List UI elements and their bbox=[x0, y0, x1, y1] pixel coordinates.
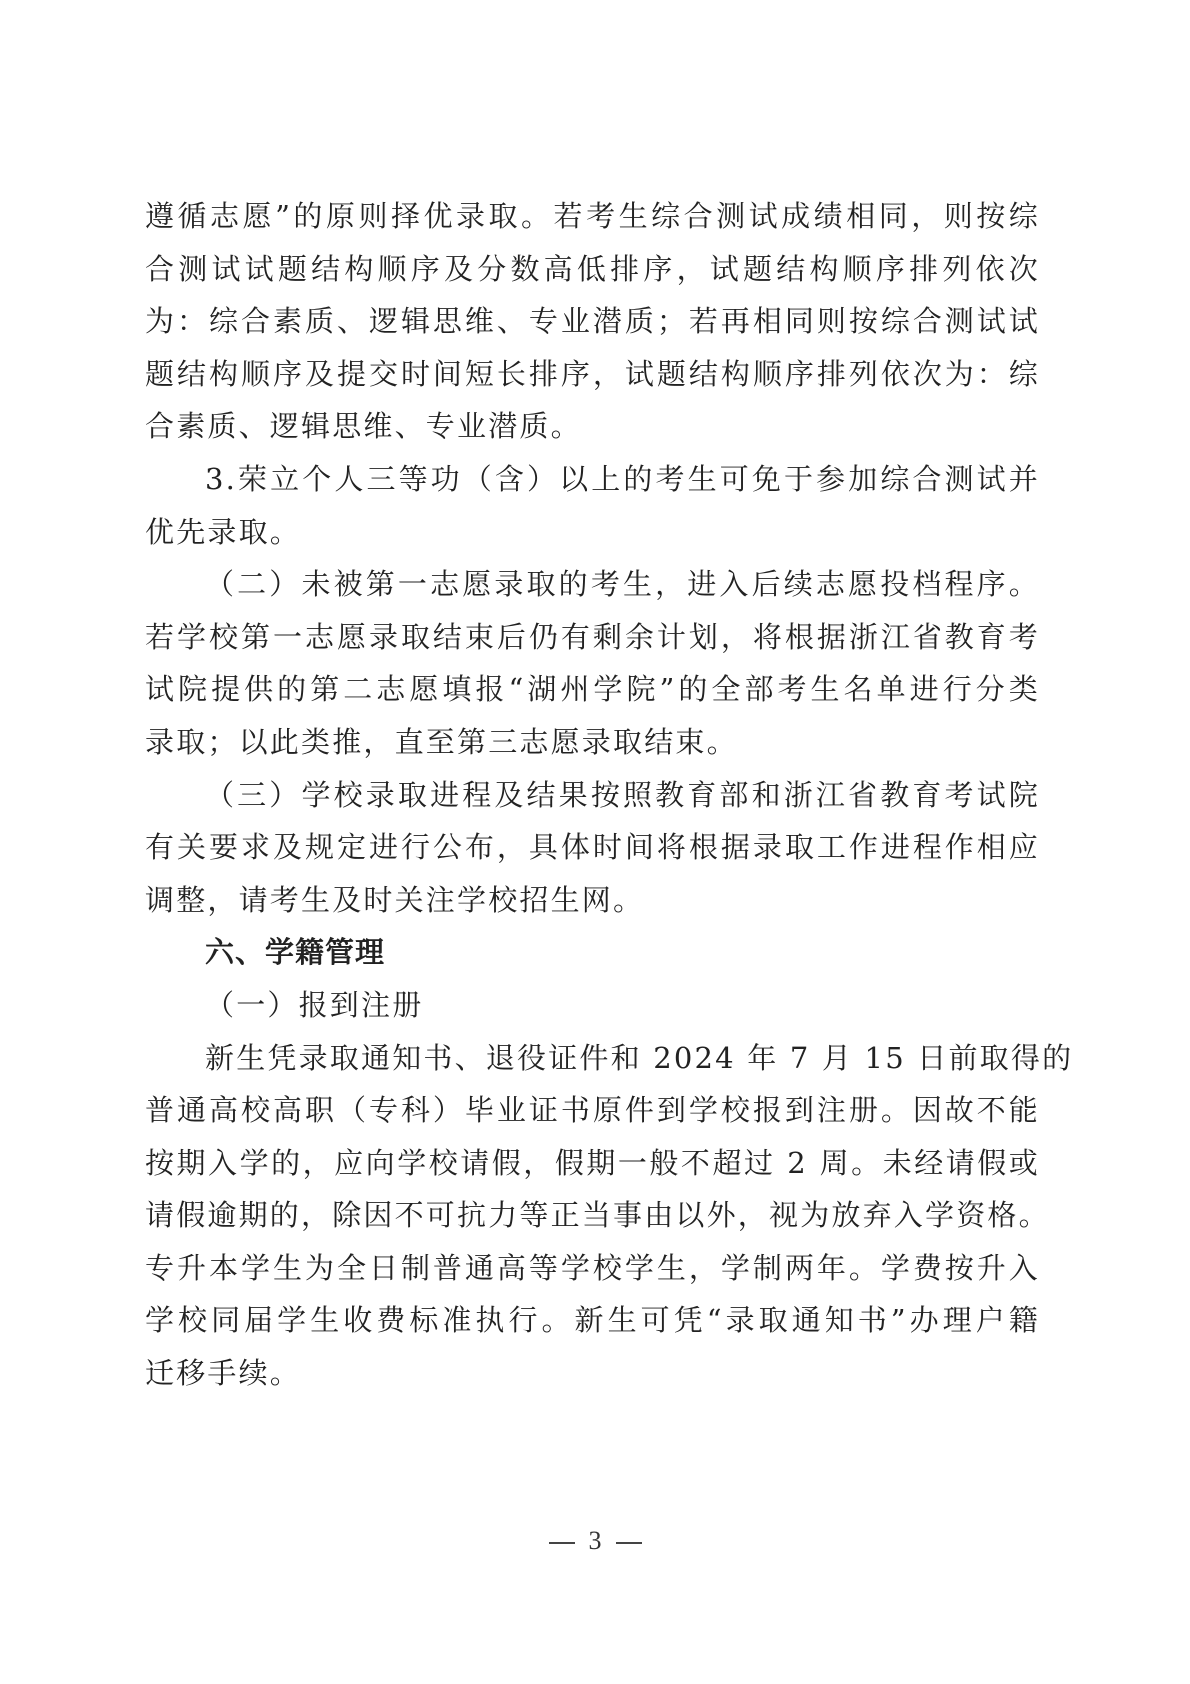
text-line: 若学校第一志愿录取结束后仍有剩余计划，将根据浙江省教育考 bbox=[145, 611, 1040, 664]
subsection-heading: （一）报到注册 bbox=[145, 979, 1040, 1032]
text-line: 学校同届学生收费标准执行。新生可凭“录取通知书”办理户籍 bbox=[145, 1294, 1040, 1347]
section-heading: 六、学籍管理 bbox=[145, 926, 1040, 979]
admission-rules-section: 遵循志愿”的原则择优录取。若考生综合测试成绩相同，则按综合测试试题结构顺序及分数… bbox=[145, 190, 1040, 926]
text-line: 普通高校高职（专科）毕业证书原件到学校报到注册。因故不能 bbox=[145, 1084, 1040, 1137]
footer-dash-left bbox=[549, 1542, 575, 1544]
text-line: 迁移手续。 bbox=[145, 1347, 1040, 1400]
text-line: 按期入学的，应向学校请假，假期一般不超过 2 周。未经请假或 bbox=[145, 1137, 1040, 1190]
text-line: 专升本学生为全日制普通高等学校学生，学制两年。学费按升入 bbox=[145, 1242, 1040, 1295]
text-line: 遵循志愿”的原则择优录取。若考生综合测试成绩相同，则按综 bbox=[145, 190, 1040, 243]
text-line: 为：综合素质、逻辑思维、专业潜质；若再相同则按综合测试试 bbox=[145, 295, 1040, 348]
text-line: 合素质、逻辑思维、专业潜质。 bbox=[145, 400, 1040, 453]
text-line: 合测试试题结构顺序及分数高低排序，试题结构顺序排列依次 bbox=[145, 243, 1040, 296]
text-line: 3.荣立个人三等功（含）以上的考生可免于参加综合测试并 bbox=[145, 453, 1040, 506]
text-line: 优先录取。 bbox=[145, 506, 1040, 559]
text-line: 调整，请考生及时关注学校招生网。 bbox=[145, 874, 1040, 927]
text-line: 试院提供的第二志愿填报“湖州学院”的全部考生名单进行分类 bbox=[145, 663, 1040, 716]
registration-section: 新生凭录取通知书、退役证件和 2024 年 7 月 15 日前取得的普通高校高职… bbox=[145, 1032, 1040, 1400]
text-line: 请假逾期的，除因不可抗力等正当事由以外，视为放弃入学资格。 bbox=[145, 1189, 1040, 1242]
text-line: 新生凭录取通知书、退役证件和 2024 年 7 月 15 日前取得的 bbox=[145, 1032, 1040, 1085]
text-line: （二）未被第一志愿录取的考生，进入后续志愿投档程序。 bbox=[145, 558, 1040, 611]
footer-dash-right bbox=[616, 1542, 642, 1544]
text-line: （三）学校录取进程及结果按照教育部和浙江省教育考试院 bbox=[145, 769, 1040, 822]
page-number: 3 bbox=[589, 1526, 602, 1555]
page-footer: 3 bbox=[0, 1526, 1190, 1556]
text-line: 有关要求及规定进行公布，具体时间将根据录取工作进程作相应 bbox=[145, 821, 1040, 874]
text-line: 题结构顺序及提交时间短长排序，试题结构顺序排列依次为：综 bbox=[145, 348, 1040, 401]
document-page: 遵循志愿”的原则择优录取。若考生综合测试成绩相同，则按综合测试试题结构顺序及分数… bbox=[145, 190, 1040, 1400]
text-line: 录取；以此类推，直至第三志愿录取结束。 bbox=[145, 716, 1040, 769]
